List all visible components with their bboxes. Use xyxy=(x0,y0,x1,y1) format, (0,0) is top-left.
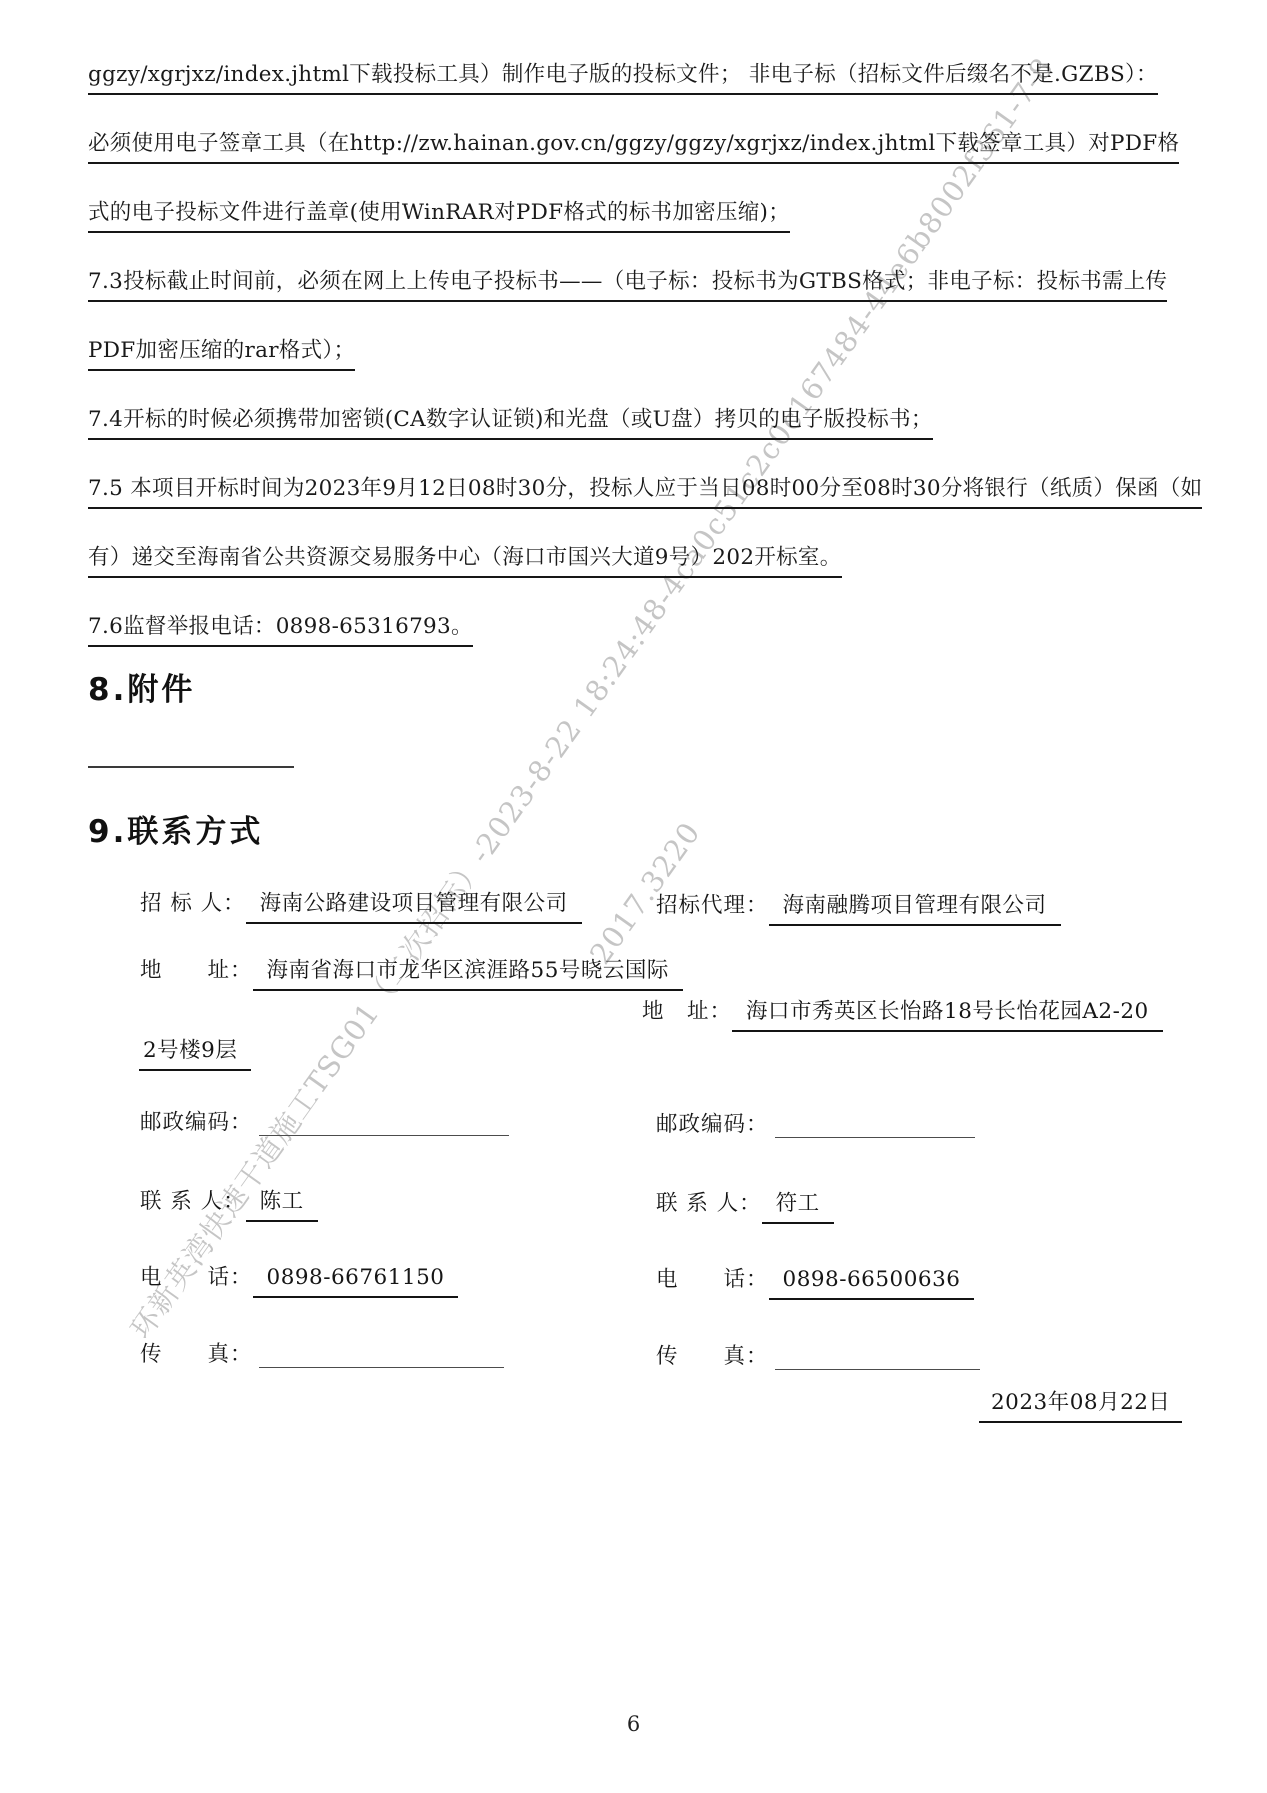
tenderer-row: 招 标 人：海南公路建设项目管理有限公司 xyxy=(140,886,582,917)
agency-label: 招标代理： xyxy=(656,893,769,918)
agency-row: 招标代理：海南融腾项目管理有限公司 xyxy=(656,888,1061,919)
tenderer-phone-row: 电 话：0898-66761150 xyxy=(140,1260,458,1291)
paragraph-line-text: 7.5 本项目开标时间为2023年9月12日08时30分，投标人应于当日08时0… xyxy=(88,476,1202,509)
paragraph-line-text: 必须使用电子签章工具（在http://zw.hainan.gov.cn/ggzy… xyxy=(88,131,1179,164)
phone-label: 电 话： xyxy=(656,1267,769,1292)
tenderer-fax-row: 传 真： xyxy=(140,1337,504,1368)
document-date: 2023年08月22日 xyxy=(979,1390,1182,1423)
contact-value: 符工 xyxy=(762,1191,834,1224)
paragraph-line-text: 7.3投标截止时间前，必须在网上上传电子投标书——（电子标：投标书为GTBS格式… xyxy=(88,269,1167,302)
section-9-heading: 9.联系方式 xyxy=(88,806,263,851)
page-number: 6 xyxy=(0,1712,1267,1736)
agency-fax-row: 传 真： xyxy=(656,1339,980,1370)
paragraph-line-text: 7.6监督举报电话：0898-65316793。 xyxy=(88,614,473,647)
phone-label: 电 话： xyxy=(140,1265,253,1290)
paragraph-line-text: PDF加密压缩的rar格式）； xyxy=(88,338,355,371)
paragraph-line: 7.3投标截止时间前，必须在网上上传电子投标书——（电子标：投标书为GTBS格式… xyxy=(88,264,1189,333)
address-value-line2: 2号楼9层 xyxy=(139,1038,251,1071)
tenderer-contact-row: 联 系 人：陈工 xyxy=(140,1184,318,1215)
paragraph-line-text: 有）递交至海南省公共资源交易服务中心（海口市国兴大道9号）202开标室。 xyxy=(88,545,842,578)
address-label: 地 址： xyxy=(140,958,253,983)
phone-value: 0898-66500636 xyxy=(769,1267,975,1300)
tenderer-label: 招 标 人： xyxy=(140,891,246,916)
contact-label: 联 系 人： xyxy=(140,1189,246,1214)
postal-blank-line xyxy=(775,1113,975,1138)
section-8-heading: 8.附件 xyxy=(88,664,195,709)
paragraph-line: 式的电子投标文件进行盖章(使用WinRAR对PDF格式的标书加密压缩)； xyxy=(88,195,1189,264)
paragraph-line: 有）递交至海南省公共资源交易服务中心（海口市国兴大道9号）202开标室。 xyxy=(88,540,1189,609)
contact-value: 陈工 xyxy=(246,1189,318,1222)
tenderer-value: 海南公路建设项目管理有限公司 xyxy=(246,891,582,924)
fax-label: 传 真： xyxy=(656,1344,769,1369)
address-value: 海南省海口市龙华区滨涯路55号晓云国际 xyxy=(253,958,683,991)
paragraph-line: 7.4开标的时候必须携带加密锁(CA数字认证锁)和光盘（或U盘）拷贝的电子版投标… xyxy=(88,402,1189,471)
address-label: 地 址： xyxy=(642,999,732,1024)
postal-label: 邮政编码： xyxy=(140,1110,253,1135)
paragraph-line-text: 式的电子投标文件进行盖章(使用WinRAR对PDF格式的标书加密压缩)； xyxy=(88,200,790,233)
paragraph-line: 7.6监督举报电话：0898-65316793。 xyxy=(88,609,1189,678)
document-date-row: 2023年08月22日 xyxy=(979,1385,1182,1416)
postal-blank-line xyxy=(259,1111,509,1136)
agency-phone-row: 电 话：0898-66500636 xyxy=(656,1262,974,1293)
paragraph-line: ggzy/xgrjxz/index.jhtml下载投标工具）制作电子版的投标文件… xyxy=(88,57,1189,126)
agency-postal-row: 邮政编码： xyxy=(656,1107,975,1138)
postal-label: 邮政编码： xyxy=(656,1112,769,1137)
paragraph-line: 7.5 本项目开标时间为2023年9月12日08时30分，投标人应于当日08时0… xyxy=(88,471,1189,540)
paragraph-line-text: 7.4开标的时候必须携带加密锁(CA数字认证锁)和光盘（或U盘）拷贝的电子版投标… xyxy=(88,407,933,440)
document-page: 环新英湾快速干道施工TSG01（二次招标）-2023-8-22 18:24:48… xyxy=(0,0,1267,1793)
fax-blank-line xyxy=(775,1345,980,1370)
address-value: 海口市秀英区长怡路18号长怡花园A2-20 xyxy=(732,999,1163,1032)
fax-label: 传 真： xyxy=(140,1342,253,1367)
agency-value: 海南融腾项目管理有限公司 xyxy=(769,893,1061,926)
fax-blank-line xyxy=(259,1343,504,1368)
paragraph-line: PDF加密压缩的rar格式）； xyxy=(88,333,1189,402)
tenderer-address-continued: 2号楼9层 xyxy=(139,1033,251,1064)
paragraph-line: 必须使用电子签章工具（在http://zw.hainan.gov.cn/ggzy… xyxy=(88,126,1189,195)
contact-label: 联 系 人： xyxy=(656,1191,762,1216)
tenderer-address-row: 地 址：海南省海口市龙华区滨涯路55号晓云国际 xyxy=(140,953,683,984)
agency-address-row: 地 址：海口市秀英区长怡路18号长怡花园A2-20 xyxy=(642,994,1163,1025)
phone-value: 0898-66761150 xyxy=(253,1265,459,1298)
tenderer-postal-row: 邮政编码： xyxy=(140,1105,509,1136)
body-text: ggzy/xgrjxz/index.jhtml下载投标工具）制作电子版的投标文件… xyxy=(88,57,1189,678)
attachment-blank-line xyxy=(88,742,294,768)
agency-contact-row: 联 系 人：符工 xyxy=(656,1186,834,1217)
paragraph-line-text: ggzy/xgrjxz/index.jhtml下载投标工具）制作电子版的投标文件… xyxy=(88,62,1158,95)
